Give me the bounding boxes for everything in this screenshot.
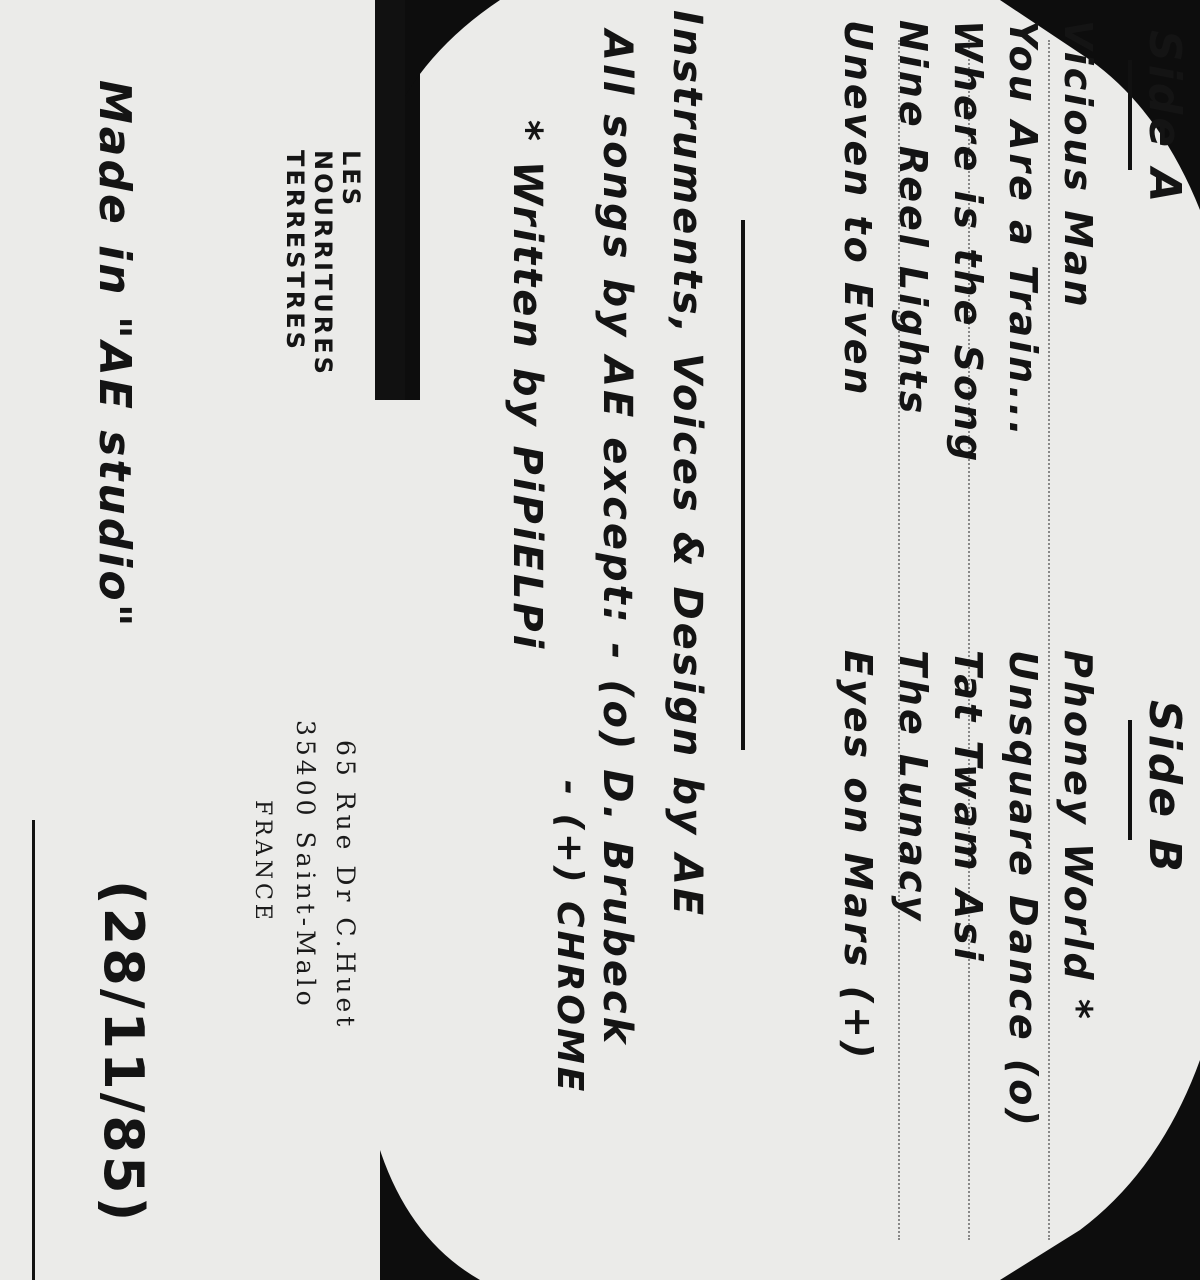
- label-name: LES NOURRITURES TERRESTRES: [281, 150, 365, 377]
- footer-rule: [32, 820, 35, 1280]
- credits-instruments: Instruments, Voices & Design by AE: [664, 10, 710, 918]
- side-b-track: The Lunacy: [891, 650, 935, 923]
- side-a-track: Vicious Man: [1056, 20, 1100, 310]
- side-a-track: Nine Reel Lights: [891, 20, 935, 416]
- label-name-line: TERRESTRES: [281, 150, 309, 377]
- credits-written-by: * Written by PiPiELPi: [504, 120, 550, 651]
- side-b-track: Eyes on Mars (+): [836, 650, 880, 1061]
- side-a-underline: [1128, 60, 1132, 170]
- side-b-track: Tat Twam Asi: [946, 650, 990, 964]
- side-b-track: Phoney World *: [1056, 650, 1100, 1022]
- address-street: 65 Rue Dr C.Huet: [331, 740, 360, 1030]
- guide-line: [1048, 40, 1050, 1240]
- side-b-heading: Side B: [1139, 700, 1190, 875]
- side-b-track: Unsquare Dance (o): [1001, 650, 1045, 1129]
- label-name-line: NOURRITURES: [309, 150, 337, 377]
- made-in-text: Made in "AE studio": [89, 80, 140, 630]
- side-a-track: Uneven to Even: [836, 20, 880, 398]
- side-b-underline: [1128, 720, 1132, 840]
- cassette-jcard-scan: Side A Vicious Man You Are a Train... Wh…: [0, 0, 1200, 1280]
- spine-divider-band: [375, 0, 405, 400]
- release-date: (28/11/85): [92, 880, 155, 1224]
- address-city: 35400 Saint-Malo: [291, 720, 320, 1010]
- address-country: FRANCE: [250, 800, 275, 924]
- label-name-line: LES: [337, 150, 365, 377]
- side-a-track: Where is the Song: [946, 20, 990, 464]
- credits-all-songs: All songs by AE except: - (o) D. Brubeck: [594, 30, 640, 1046]
- rotated-card-content: Side A Vicious Man You Are a Train... Wh…: [0, 0, 1200, 1280]
- side-a-heading: Side A: [1139, 30, 1190, 205]
- section-divider: [741, 220, 745, 750]
- credits-chrome: - (+) CHROME: [549, 780, 590, 1094]
- side-a-track: You Are a Train...: [1001, 20, 1045, 439]
